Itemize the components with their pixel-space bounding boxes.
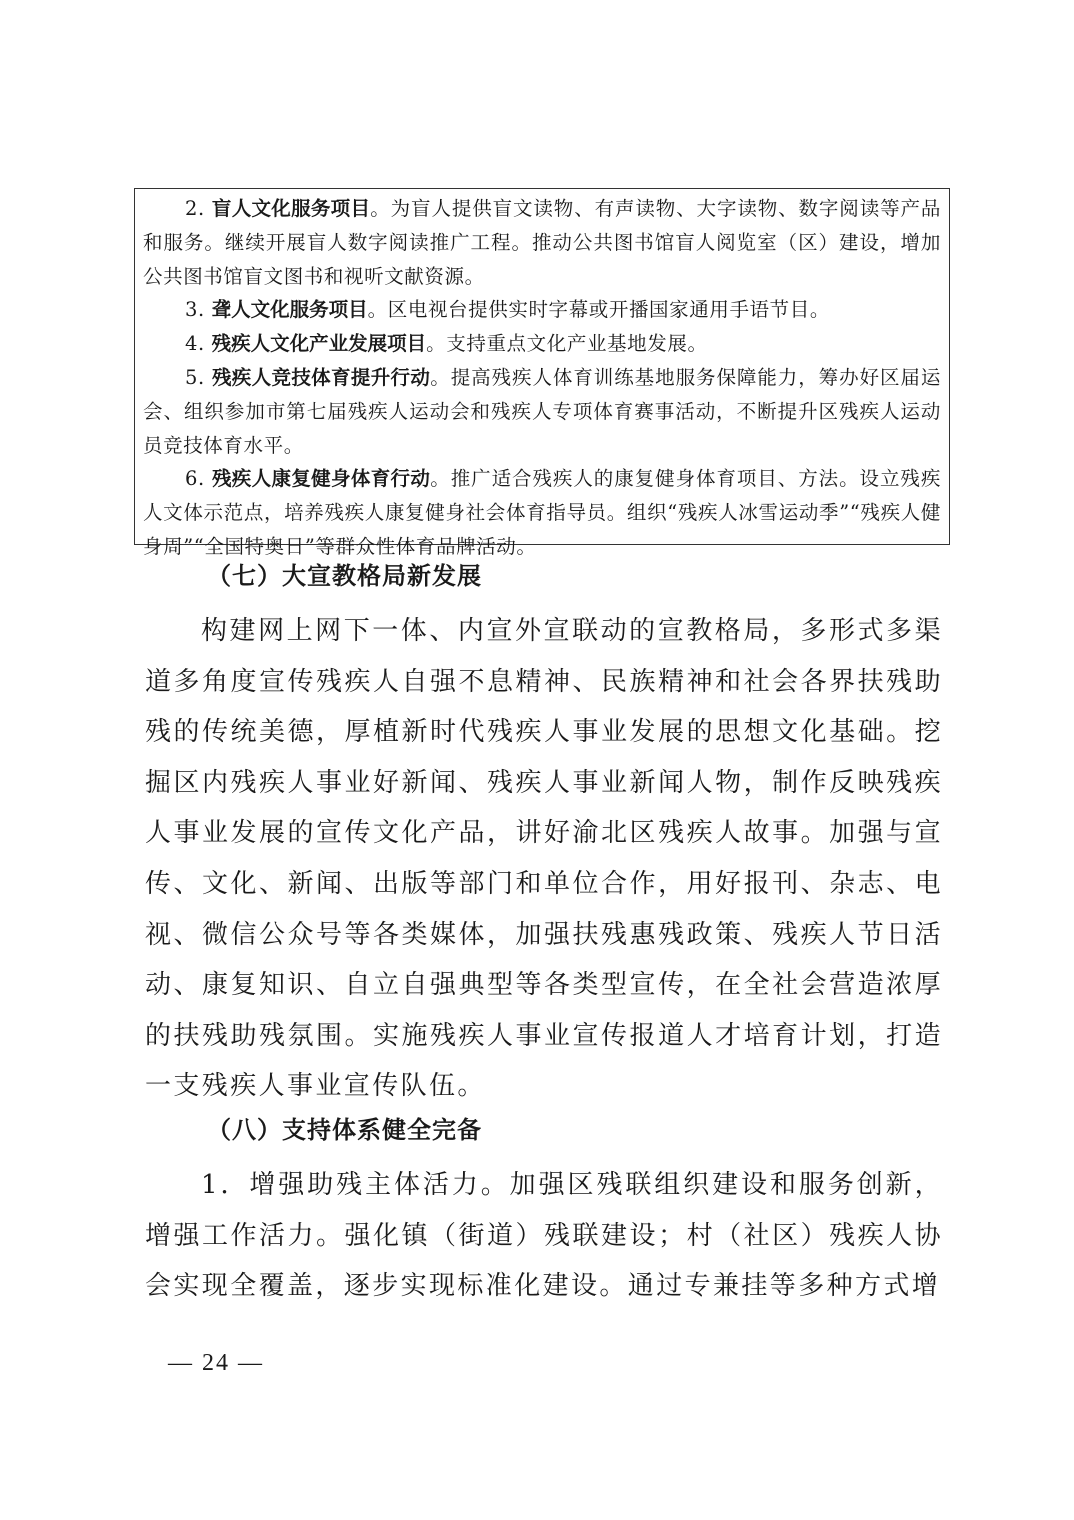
box-item-2: 2. 盲人文化服务项目。为盲人提供盲文读物、有声读物、大字读物、数字阅读等产品和… <box>143 192 941 293</box>
box-item-title: 聋人文化服务项目 <box>212 298 368 321</box>
box-item-title: 盲人文化服务项目 <box>212 197 370 220</box>
box-item-title: 残疾人文化产业发展项目 <box>212 332 427 355</box>
section-7: （七）大宣教格局新发展 构建网上网下一体、内宣外宣联动的宣教格局，多形式多渠道多… <box>145 558 943 1112</box>
box-item-4: 4. 残疾人文化产业发展项目。支持重点文化产业基地发展。 <box>143 327 941 361</box>
section-heading: （七）大宣教格局新发展 <box>145 558 943 594</box>
document-page: 2. 盲人文化服务项目。为盲人提供盲文读物、有声读物、大字读物、数字阅读等产品和… <box>0 0 1074 1520</box>
section-paragraph: 1．增强助残主体活力。加强区残联组织建设和服务创新，增强工作活力。强化镇（街道）… <box>145 1160 943 1312</box>
section-heading: （八）支持体系健全完备 <box>145 1112 943 1148</box>
boxed-project-list: 2. 盲人文化服务项目。为盲人提供盲文读物、有声读物、大字读物、数字阅读等产品和… <box>134 188 950 545</box>
box-item-title: 残疾人康复健身体育行动 <box>212 467 430 490</box>
section-paragraph: 构建网上网下一体、内宣外宣联动的宣教格局，多形式多渠道多角度宣传残疾人自强不息精… <box>145 606 943 1112</box>
box-item-5: 5. 残疾人竞技体育提升行动。提高残疾人体育训练基地服务保障能力，筹办好区届运会… <box>143 361 941 462</box>
box-item-title: 残疾人竞技体育提升行动 <box>212 366 430 389</box>
section-8: （八）支持体系健全完备 1．增强助残主体活力。加强区残联组织建设和服务创新，增强… <box>145 1112 943 1312</box>
box-item-6: 6. 残疾人康复健身体育行动。推广适合残疾人的康复健身体育项目、方法。设立残疾人… <box>143 462 941 563</box>
box-item-3: 3. 聋人文化服务项目。区电视台提供实时字幕或开播国家通用手语节目。 <box>143 293 941 327</box>
page-number: — 24 — <box>168 1350 264 1377</box>
